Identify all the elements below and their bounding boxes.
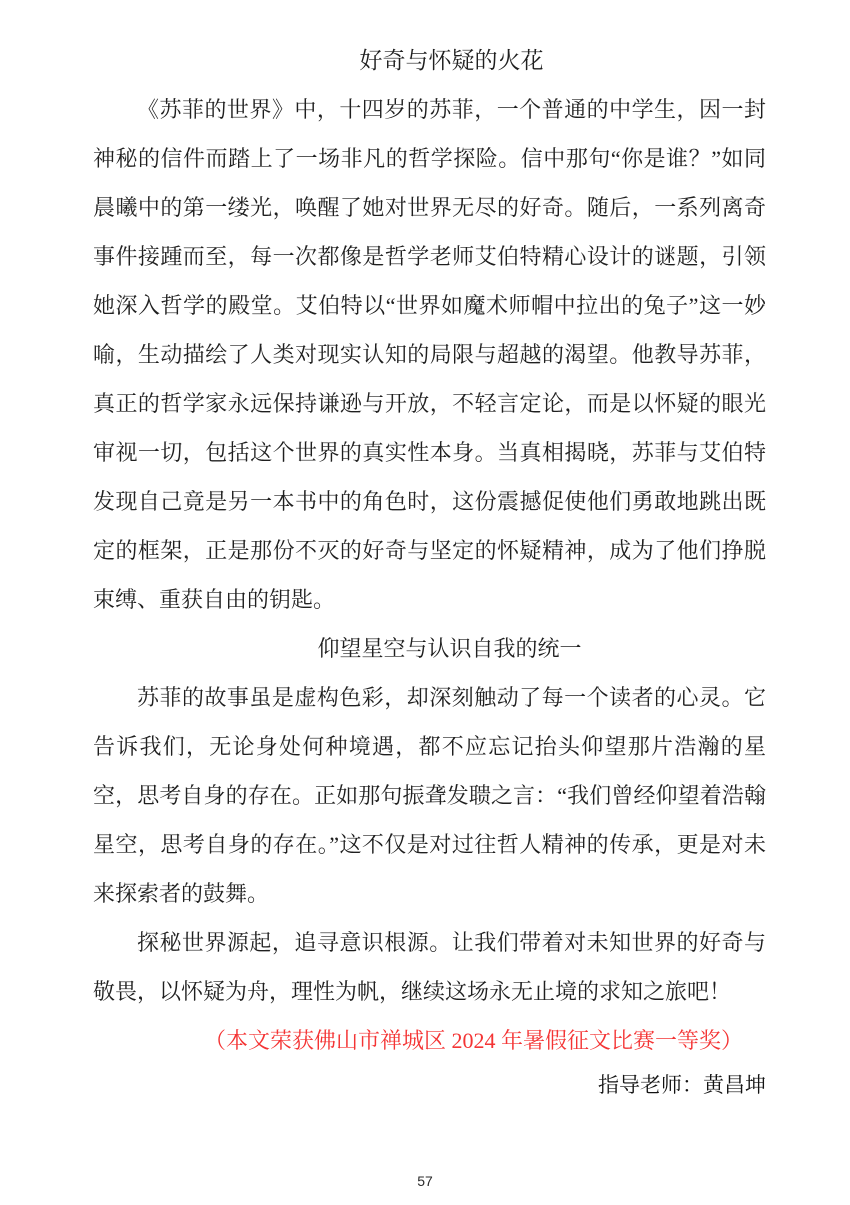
essay-title: 好奇与怀疑的火花: [93, 36, 766, 85]
paragraph-2: 苏菲的故事虽是虚构色彩，却深刻触动了每一个读者的心灵。它告诉我们，无论身处何种境…: [93, 673, 766, 918]
page-number: 57: [0, 1173, 850, 1189]
paragraph-1: 《苏菲的世界》中，十四岁的苏菲，一个普通的中学生，因一封神秘的信件而踏上了一场非…: [93, 85, 766, 624]
document-page: 好奇与怀疑的火花 《苏菲的世界》中，十四岁的苏菲，一个普通的中学生，因一封神秘的…: [0, 0, 850, 1205]
document-content: 好奇与怀疑的火花 《苏菲的世界》中，十四岁的苏菲，一个普通的中学生，因一封神秘的…: [93, 36, 766, 1107]
award-note: （本文荣获佛山市禅城区 2024 年暑假征文比赛一等奖）: [93, 1016, 766, 1065]
section-heading: 仰望星空与认识自我的统一: [93, 624, 766, 673]
paragraph-3: 探秘世界源起，追寻意识根源。让我们带着对未知世界的好奇与敬畏，以怀疑为舟，理性为…: [93, 918, 766, 1016]
instructor-credit: 指导老师：黄昌坤: [93, 1065, 766, 1107]
